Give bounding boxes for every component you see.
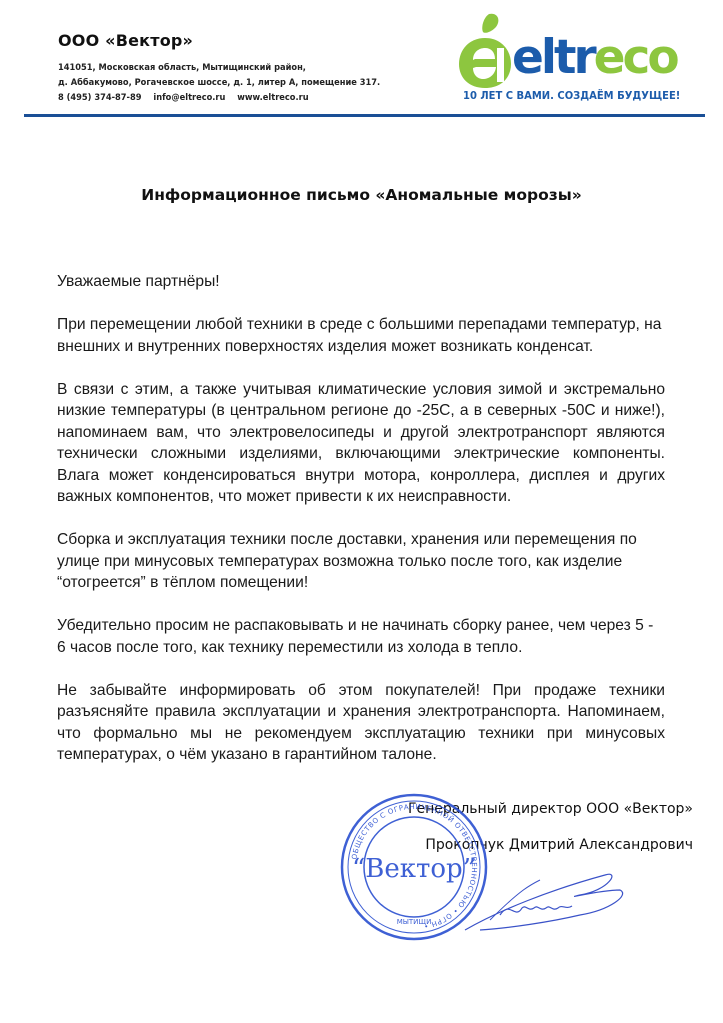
- header-divider: [24, 114, 705, 117]
- letter-title: Информационное письмо «Аномальные морозы…: [0, 186, 723, 204]
- company-address: 141051, Московская область, Мытищинский …: [58, 60, 380, 105]
- handwritten-signature-icon: [460, 860, 630, 935]
- paragraph-2: В связи с этим, а также учитывая климати…: [57, 379, 665, 508]
- logo-word-green: eco: [594, 30, 677, 85]
- address-line-2: д. Аббакумово, Рогачевское шоссе, д. 1, …: [58, 75, 380, 90]
- eltreco-logo: eltreco 10 ЛЕТ С ВАМИ. СОЗДАЁМ БУДУЩЕЕ!: [455, 12, 685, 112]
- stamp-center-text: “Вектор”: [352, 854, 476, 884]
- logo-mark-icon: [455, 12, 515, 92]
- logo-wordmark: eltreco: [512, 30, 677, 86]
- company-name: ООО «Вектор»: [58, 31, 193, 50]
- paragraph-3: Сборка и эксплуатация техники после дост…: [57, 529, 665, 594]
- website-link[interactable]: www.eltreco.ru: [237, 92, 308, 103]
- paragraph-4: Убедительно просим не распаковывать и не…: [57, 615, 665, 658]
- contacts: 8 (495) 374-87-89 info@eltreco.ru www.el…: [58, 90, 380, 105]
- paragraph-1: При перемещении любой техники в среде с …: [57, 314, 665, 357]
- email-link[interactable]: info@eltreco.ru: [153, 92, 225, 103]
- letter-body: Уважаемые партнёры! При перемещении любо…: [57, 271, 665, 787]
- greeting: Уважаемые партнёры!: [57, 271, 665, 293]
- logo-word-blue: eltr: [512, 30, 594, 85]
- phone: 8 (495) 374-87-89: [58, 92, 141, 103]
- logo-tagline: 10 ЛЕТ С ВАМИ. СОЗДАЁМ БУДУЩЕЕ!: [463, 90, 680, 102]
- address-line-1: 141051, Московская область, Мытищинский …: [58, 60, 380, 75]
- paragraph-5: Не забывайте информировать об этом покуп…: [57, 680, 665, 766]
- stamp-bottom-text: МЫТИЩИ: [397, 918, 432, 926]
